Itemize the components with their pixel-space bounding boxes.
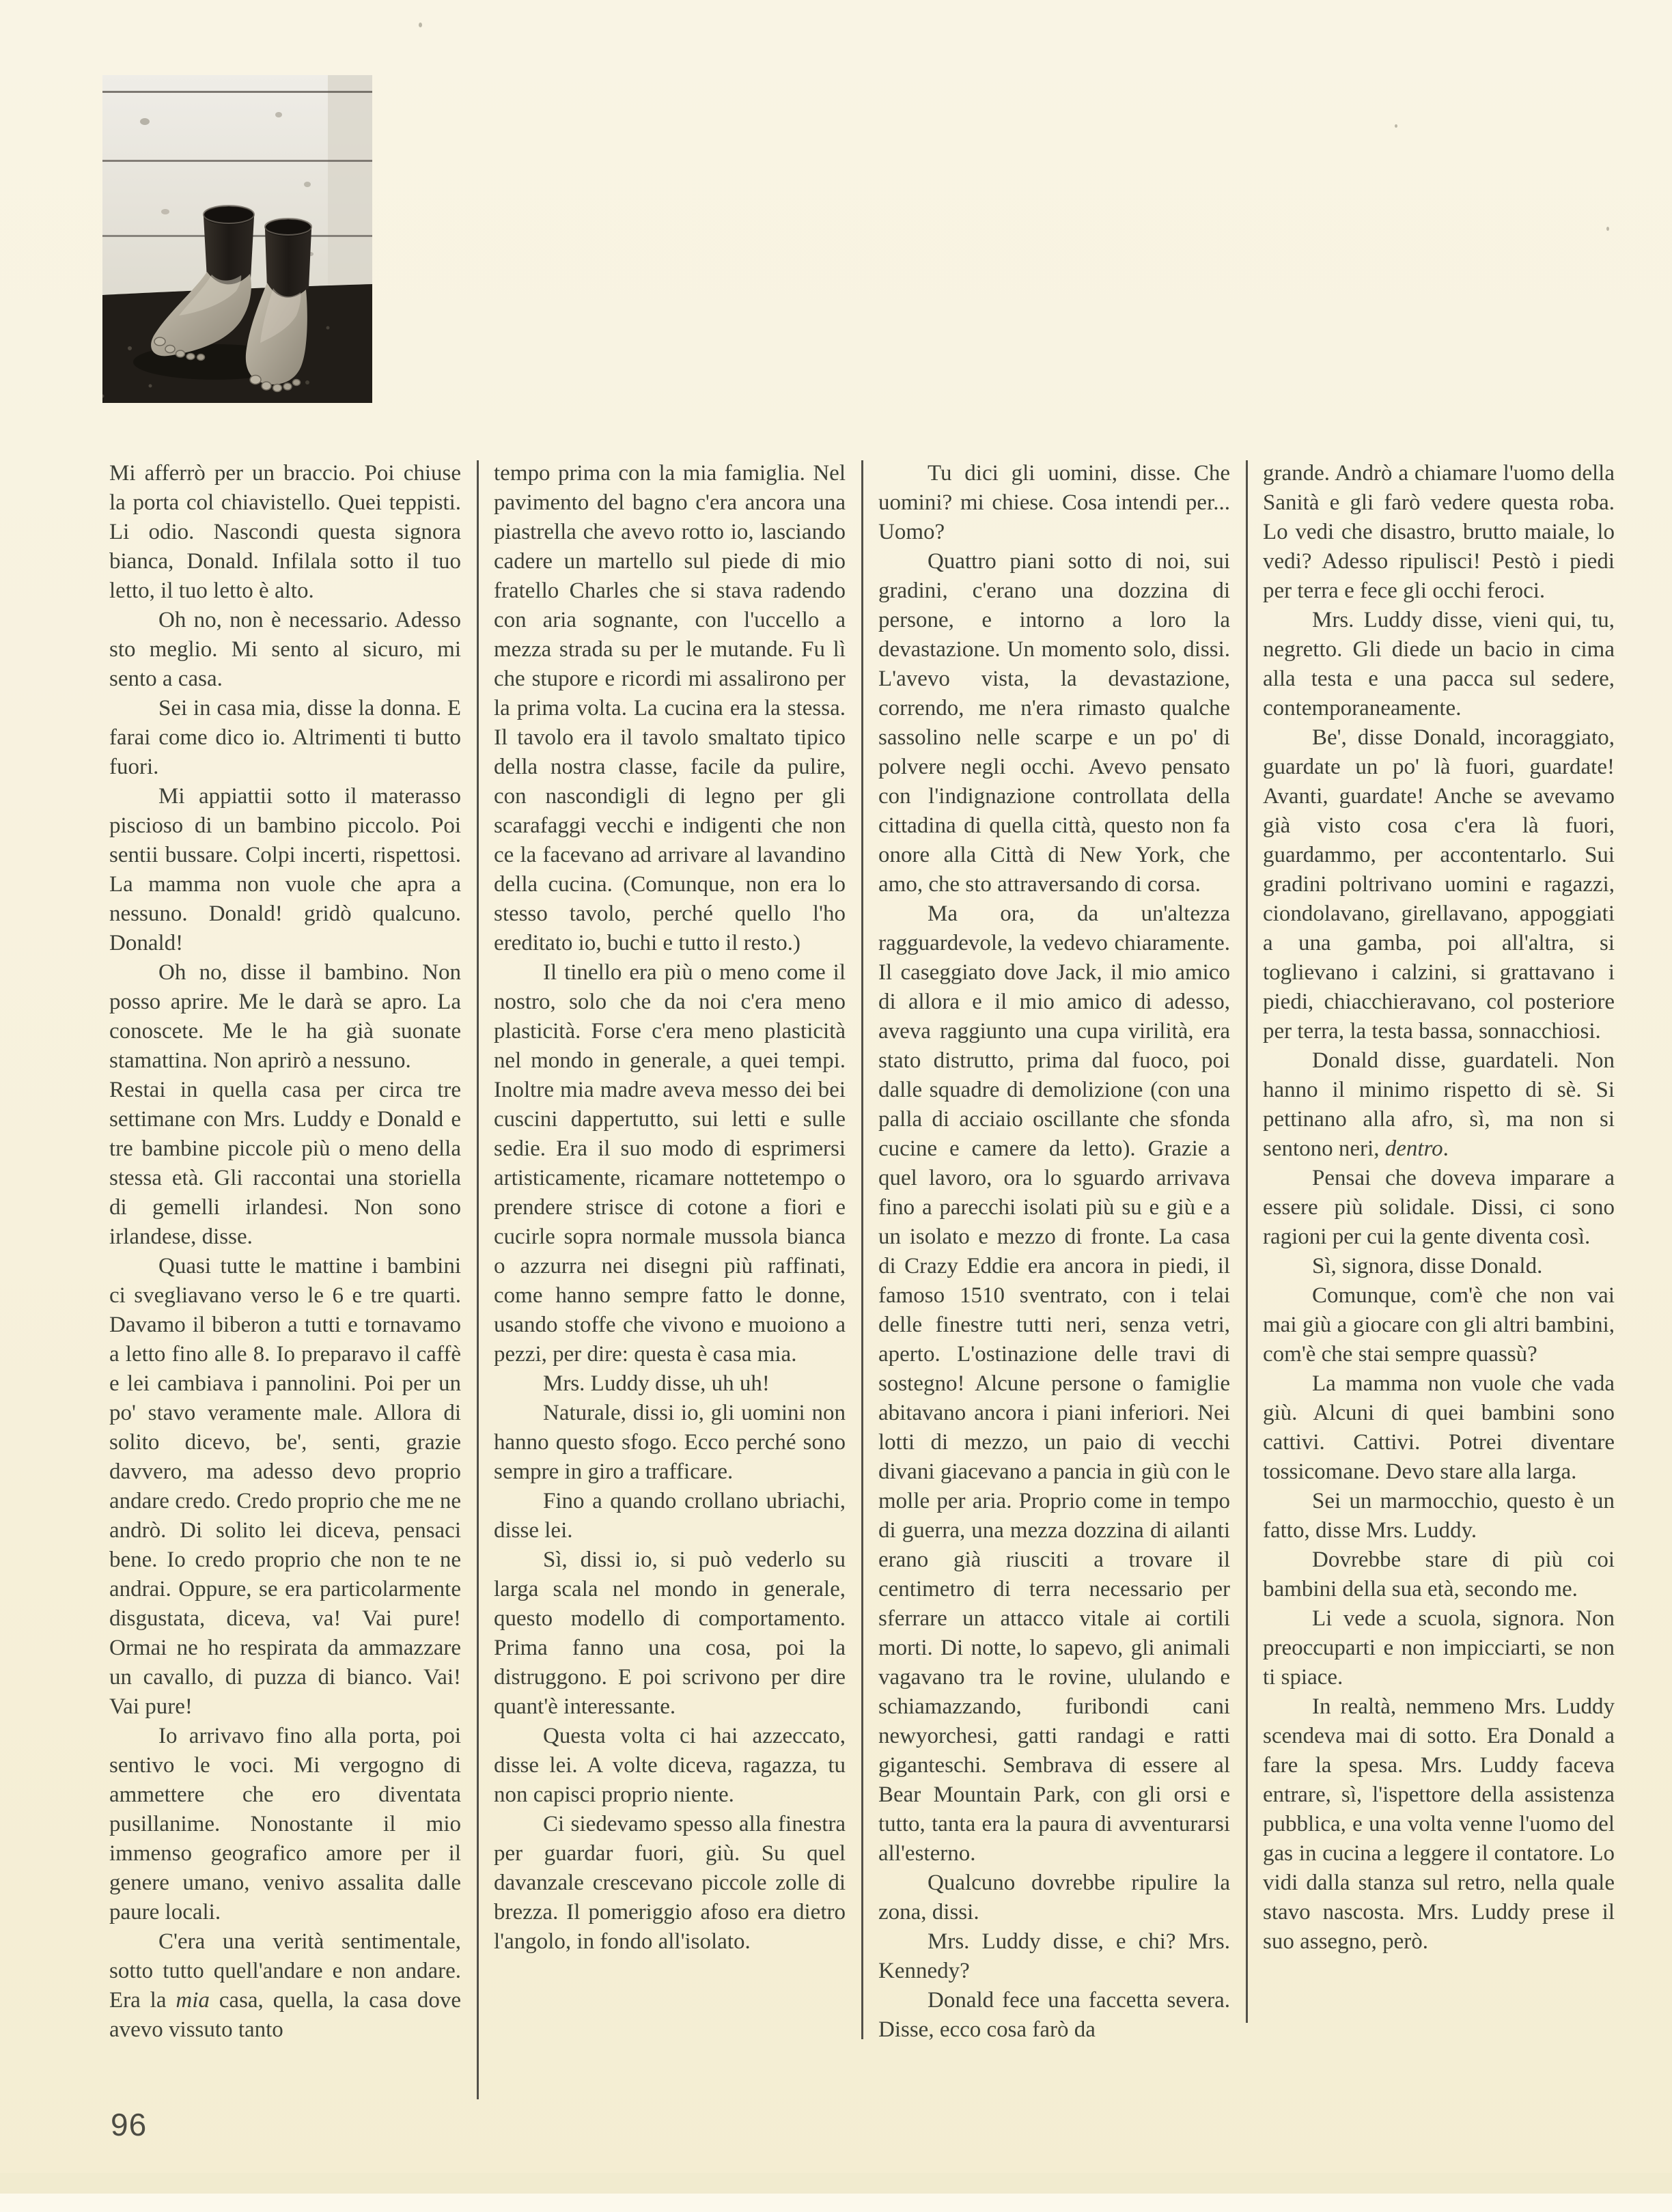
paragraph: Questa volta ci hai azzeccato, disse lei… (494, 1722, 846, 1810)
paragraph: Donald fece una faccetta severa. Disse, … (878, 1986, 1230, 2045)
text-column-1: Mi afferrò per un braccio. Poi chiuse la… (109, 459, 461, 2045)
paragraph: Tu dici gli uomini, disse. Che uomini? m… (878, 459, 1230, 547)
magazine-page: Mi afferrò per un braccio. Poi chiuse la… (0, 0, 1672, 2212)
scan-edge-band (0, 2173, 1672, 2194)
paragraph: Dovrebbe stare di più coi bambini della … (1263, 1545, 1615, 1604)
paragraph: In realtà, nemmeno Mrs. Luddy scendeva m… (1263, 1692, 1615, 1957)
paragraph: Mi afferrò per un braccio. Poi chiuse la… (109, 459, 461, 606)
paragraph: C'era una verità sentimentale, sotto tut… (109, 1927, 461, 2045)
paragraph: Comunque, com'è che non vai mai giù a gi… (1263, 1281, 1615, 1369)
paragraph: Sei un marmocchio, questo è un fatto, di… (1263, 1487, 1615, 1545)
paragraph: Sei in casa mia, disse la donna. E farai… (109, 694, 461, 782)
text-column-2: tempo prima con la mia famiglia. Nel pav… (494, 459, 846, 2045)
paragraph: Il tinello era più o meno come il nostro… (494, 958, 846, 1369)
paragraph: Mrs. Luddy disse, e chi? Mrs. Kennedy? (878, 1927, 1230, 1986)
paragraph: grande. Andrò a chiamare l'uomo della Sa… (1263, 459, 1615, 606)
column-divider (477, 460, 479, 2099)
paragraph: Sì, dissi io, si può vederlo su larga sc… (494, 1545, 846, 1722)
paragraph: Mi appiattii sotto il materasso piscioso… (109, 782, 461, 958)
column-divider (1246, 460, 1248, 2023)
column-divider (861, 460, 863, 2039)
paragraph: Donald disse, guardateli. Non hanno il m… (1263, 1046, 1615, 1164)
paragraph: Qualcuno dovrebbe ripulire la zona, diss… (878, 1868, 1230, 1927)
text-column-3: Tu dici gli uomini, disse. Che uomini? m… (878, 459, 1230, 2045)
paragraph: Mrs. Luddy disse, uh uh! (494, 1369, 846, 1399)
paragraph: Oh no, disse il bambino. Non posso aprir… (109, 958, 461, 1076)
text-column-4: grande. Andrò a chiamare l'uomo della Sa… (1263, 459, 1615, 2045)
paper-speck (1395, 124, 1397, 128)
paragraph: Ma ora, da un'altezza ragguardevole, la … (878, 899, 1230, 1868)
paragraph: Pensai che doveva imparare a essere più … (1263, 1164, 1615, 1252)
paragraph: Be', disse Donald, incoraggiato, guardat… (1263, 723, 1615, 1046)
paragraph: Naturale, dissi io, gli uomini non hanno… (494, 1399, 846, 1487)
paragraph: Sì, signora, disse Donald. (1263, 1252, 1615, 1281)
paragraph: La mamma non vuole che vada giù. Alcuni … (1263, 1369, 1615, 1487)
paper-speck (419, 23, 422, 27)
scan-edge-strip (0, 2194, 1672, 2212)
paragraph: Restai in quella casa per circa tre sett… (109, 1076, 461, 1252)
paragraph: tempo prima con la mia famiglia. Nel pav… (494, 459, 846, 958)
paragraph: Mrs. Luddy disse, vieni qui, tu, negrett… (1263, 606, 1615, 723)
paragraph: Li vede a scuola, signora. Non preoccupa… (1263, 1604, 1615, 1692)
page-number: 96 (111, 2106, 147, 2143)
boots-to-feet-photo (102, 75, 372, 403)
paragraph: Fino a quando crollano ubriachi, disse l… (494, 1487, 846, 1545)
paragraph: Io arrivavo fino alla porta, poi sentivo… (109, 1722, 461, 1927)
paragraph: Ci siedevamo spesso alla finestra per gu… (494, 1810, 846, 1957)
paragraph: Oh no, non è necessario. Adesso sto megl… (109, 606, 461, 694)
paper-speck (1606, 227, 1609, 231)
paragraph: Quattro piani sotto di noi, sui gradini,… (878, 547, 1230, 899)
paragraph: Quasi tutte le mattine i bambini ci sveg… (109, 1252, 461, 1722)
